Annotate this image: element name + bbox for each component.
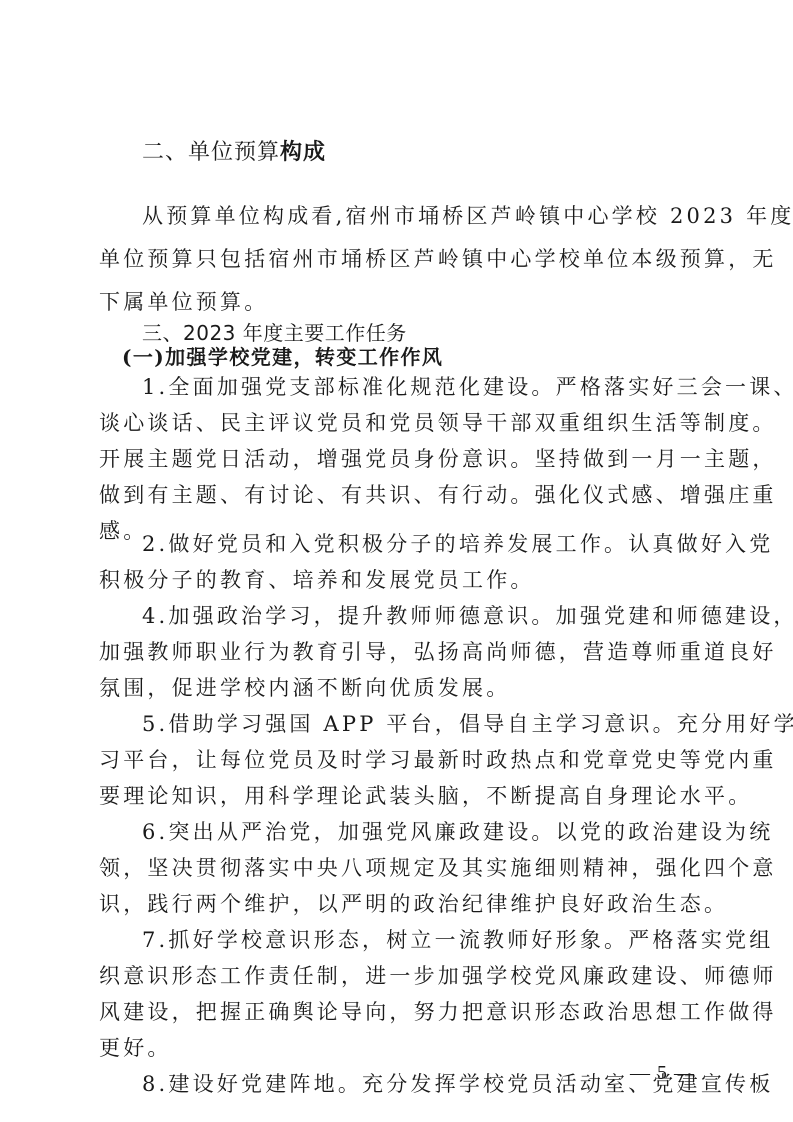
- heading-bold-text: 构成: [280, 140, 326, 165]
- paragraph-line: 氛围，促进学校内涵不断向优质发展。: [99, 673, 510, 703]
- paragraph-line: 更好。: [99, 1033, 172, 1063]
- paragraph-line: 6.突出从严治党，加强党风廉政建设。以党的政治建设为统: [142, 817, 773, 847]
- paragraph-line: 识，践行两个维护，以严明的政治纪律维护良好政治生态。: [99, 889, 728, 919]
- paragraph-line: 4.加强政治学习，提升教师师德意识。加强党建和师德建设，: [142, 601, 793, 631]
- paragraph-line: 2.做好党员和入党积极分子的培养发展工作。认真做好入党: [142, 529, 773, 559]
- paragraph-line: 1.全面加强党支部标准化规范化建设。严格落实好三会一课、: [142, 372, 793, 402]
- paragraph-line: 谈心谈话、民主评议党员和党员领导干部双重组织生活等制度。: [99, 408, 777, 438]
- paragraph-line: 从预算单位构成看,宿州市埇桥区芦岭镇中心学校 2023 年度: [142, 201, 793, 231]
- paragraph-line: 织意识形态工作责任制，进一步加强学校党风廉政建设、师德师: [99, 961, 777, 991]
- paragraph-line: 5.借助学习强国 APP 平台，倡导自主学习意识。充分用好学: [142, 709, 793, 739]
- paragraph-line: 加强教师职业行为教育引导，弘扬高尚师德，营造尊师重道良好: [99, 637, 777, 667]
- paragraph-line: 7.抓好学校意识形态，树立一流教师好形象。严格落实党组: [142, 925, 773, 955]
- paragraph-line: 下属单位预算。: [99, 287, 268, 317]
- paragraph-line: 领，坚决贯彻落实中央八项规定及其实施细则精神，强化四个意: [99, 853, 777, 883]
- paragraph-line: 要理论知识，用科学理论武装头脑，不断提高自身理论水平。: [99, 781, 752, 811]
- paragraph-line: 习平台，让每位党员及时学习最新时政热点和党章党史等党内重: [99, 745, 777, 775]
- subsection-heading: (一)加强学校党建，转变工作作风: [122, 342, 443, 372]
- paragraph-line: 做到有主题、有讨论、有共识、有行动。强化仪式感、增强庄重: [99, 480, 777, 510]
- page-number: — 5 —: [630, 1062, 695, 1085]
- paragraph-line: 单位预算只包括宿州市埇桥区芦岭镇中心学校单位本级预算，无: [99, 244, 777, 274]
- paragraph-line: 感。: [99, 516, 147, 546]
- section-heading-unit-budget: 二、单位预算构成: [142, 138, 326, 168]
- paragraph-line: 开展主题党日活动，增强党员身份意识。坚持做到一月一主题，: [99, 444, 777, 474]
- heading-text: 二、单位预算: [142, 140, 280, 165]
- paragraph-line: 积极分子的教育、培养和发展党员工作。: [99, 565, 535, 595]
- paragraph-line: 风建设，把握正确舆论导向，努力把意识形态政治思想工作做得: [99, 997, 777, 1027]
